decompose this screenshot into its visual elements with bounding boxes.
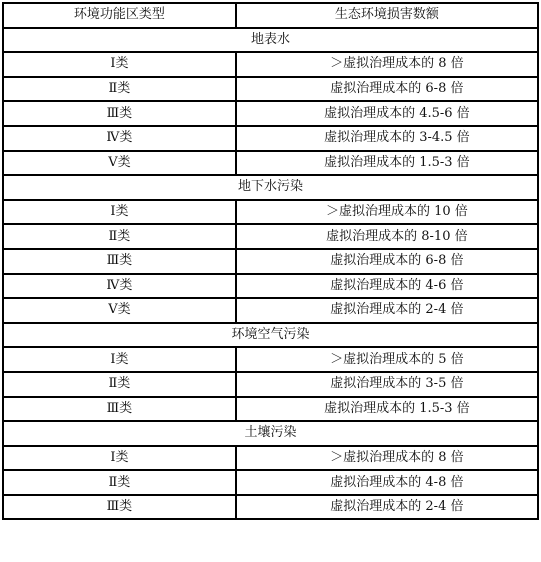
section-title-air: 环境空气污染 (3, 323, 538, 348)
table-header-row: 环境功能区类型 生态环境损害数额 (3, 3, 538, 28)
table-row: Ⅴ类虚拟治理成本的 2-4 倍 (3, 298, 538, 323)
damage-amount-cell: 虚拟治理成本的 4.5-6 倍 (236, 101, 538, 126)
damage-amount-cell: 虚拟治理成本的 3-4.5 倍 (236, 126, 538, 151)
section-title-surface-water: 地表水 (3, 28, 538, 53)
damage-amount-cell: 虚拟治理成本的 2-4 倍 (236, 495, 538, 520)
zone-type-cell: Ⅴ类 (3, 298, 236, 323)
zone-type-cell: Ⅲ类 (3, 397, 236, 422)
zone-type-cell: Ⅰ类 (3, 52, 236, 77)
table-row: Ⅳ类虚拟治理成本的 4-6 倍 (3, 274, 538, 299)
damage-amount-cell: ＞虚拟治理成本的 5 倍 (236, 347, 538, 372)
table-row: Ⅰ类＞虚拟治理成本的 8 倍 (3, 52, 538, 77)
damage-table-container: 环境功能区类型 生态环境损害数额 地表水 Ⅰ类＞虚拟治理成本的 8 倍 Ⅱ类虚拟… (2, 2, 539, 520)
zone-type-cell: Ⅳ类 (3, 126, 236, 151)
table-row: Ⅱ类虚拟治理成本的 3-5 倍 (3, 372, 538, 397)
damage-amount-cell: ＞虚拟治理成本的 10 倍 (236, 200, 538, 225)
damage-amount-cell: 虚拟治理成本的 1.5-3 倍 (236, 397, 538, 422)
zone-type-cell: Ⅴ类 (3, 151, 236, 176)
zone-type-cell: Ⅱ类 (3, 77, 236, 102)
section-row: 土壤污染 (3, 421, 538, 446)
table-row: Ⅴ类虚拟治理成本的 1.5-3 倍 (3, 151, 538, 176)
damage-amount-cell: 虚拟治理成本的 4-8 倍 (236, 470, 538, 495)
zone-type-cell: Ⅱ类 (3, 224, 236, 249)
zone-type-cell: Ⅲ类 (3, 101, 236, 126)
damage-amount-cell: 虚拟治理成本的 1.5-3 倍 (236, 151, 538, 176)
table-row: Ⅲ类虚拟治理成本的 2-4 倍 (3, 495, 538, 520)
table-row: Ⅲ类虚拟治理成本的 6-8 倍 (3, 249, 538, 274)
section-title-soil: 土壤污染 (3, 421, 538, 446)
table-row: Ⅲ类虚拟治理成本的 1.5-3 倍 (3, 397, 538, 422)
eco-damage-table: 环境功能区类型 生态环境损害数额 地表水 Ⅰ类＞虚拟治理成本的 8 倍 Ⅱ类虚拟… (2, 2, 539, 520)
table-row: Ⅰ类＞虚拟治理成本的 10 倍 (3, 200, 538, 225)
damage-amount-cell: ＞虚拟治理成本的 8 倍 (236, 446, 538, 471)
zone-type-cell: Ⅰ类 (3, 200, 236, 225)
section-row: 环境空气污染 (3, 323, 538, 348)
zone-type-cell: Ⅰ类 (3, 446, 236, 471)
table-row: Ⅲ类虚拟治理成本的 4.5-6 倍 (3, 101, 538, 126)
zone-type-cell: Ⅲ类 (3, 249, 236, 274)
damage-amount-cell: 虚拟治理成本的 8-10 倍 (236, 224, 538, 249)
damage-amount-cell: 虚拟治理成本的 3-5 倍 (236, 372, 538, 397)
table-row: Ⅳ类虚拟治理成本的 3-4.5 倍 (3, 126, 538, 151)
header-damage-amount: 生态环境损害数额 (236, 3, 538, 28)
damage-amount-cell: ＞虚拟治理成本的 8 倍 (236, 52, 538, 77)
zone-type-cell: Ⅱ类 (3, 372, 236, 397)
damage-amount-cell: 虚拟治理成本的 4-6 倍 (236, 274, 538, 299)
zone-type-cell: Ⅰ类 (3, 347, 236, 372)
header-zone-type: 环境功能区类型 (3, 3, 236, 28)
section-row: 地下水污染 (3, 175, 538, 200)
section-title-groundwater: 地下水污染 (3, 175, 538, 200)
table-row: Ⅱ类虚拟治理成本的 6-8 倍 (3, 77, 538, 102)
table-row: Ⅰ类＞虚拟治理成本的 8 倍 (3, 446, 538, 471)
table-row: Ⅱ类虚拟治理成本的 4-8 倍 (3, 470, 538, 495)
damage-amount-cell: 虚拟治理成本的 6-8 倍 (236, 77, 538, 102)
section-row: 地表水 (3, 28, 538, 53)
damage-amount-cell: 虚拟治理成本的 2-4 倍 (236, 298, 538, 323)
zone-type-cell: Ⅲ类 (3, 495, 236, 520)
table-row: Ⅱ类虚拟治理成本的 8-10 倍 (3, 224, 538, 249)
zone-type-cell: Ⅱ类 (3, 470, 236, 495)
zone-type-cell: Ⅳ类 (3, 274, 236, 299)
table-row: Ⅰ类＞虚拟治理成本的 5 倍 (3, 347, 538, 372)
damage-amount-cell: 虚拟治理成本的 6-8 倍 (236, 249, 538, 274)
